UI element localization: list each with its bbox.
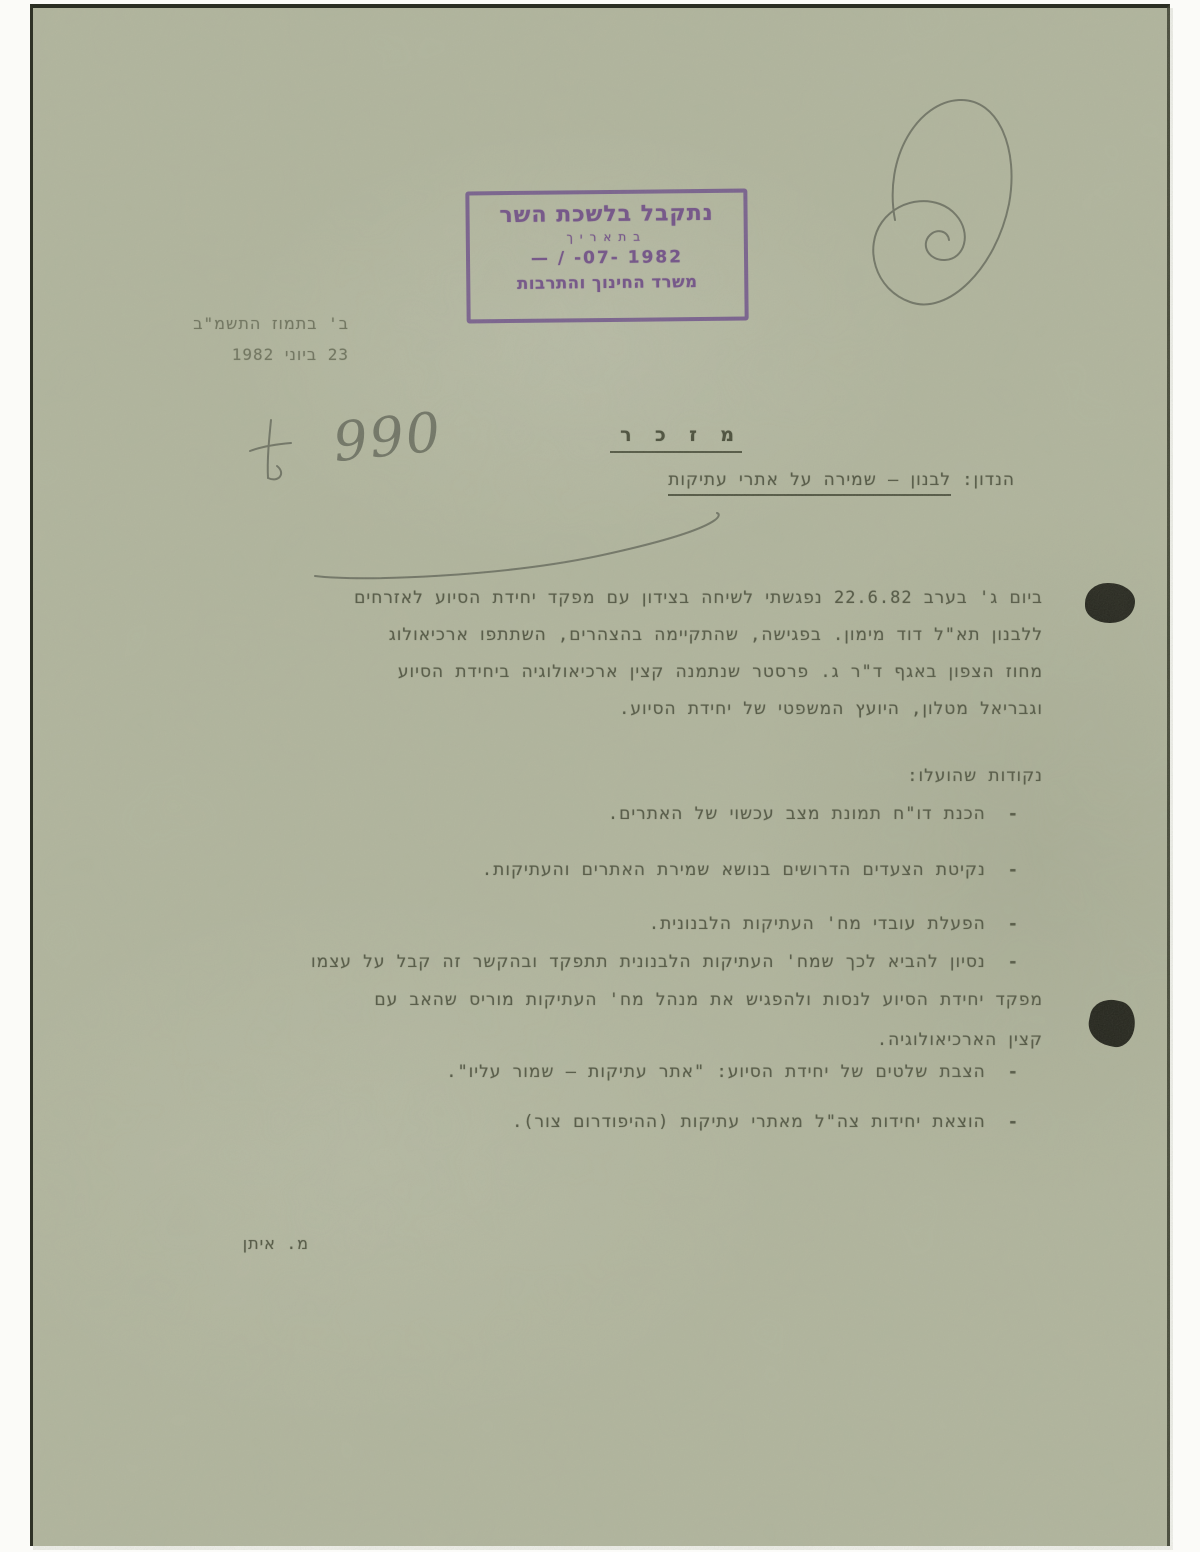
stamp-ministry-line: משרד החינוך והתרבות — [470, 272, 744, 294]
subject-label: הנדון: — [962, 470, 1015, 490]
pen-swoosh — [315, 513, 719, 578]
bullet-text: הצבת שלטים של יחידת הסיוע: "אתר עתיקות –… — [446, 1062, 986, 1082]
pen-plus-mark — [268, 420, 271, 478]
bullet-dash: - — [1008, 952, 1019, 972]
pen-doodle — [873, 100, 1011, 304]
paragraph-line: ללבנון תא"ל דוד מימון. בפגישה, שהתקיימה … — [354, 617, 1043, 654]
paragraph-line: וגבריאל מטלון, היועץ המשפטי של יחידת הסי… — [354, 691, 1043, 728]
bullet-text: נקיטת הצעדים הדרושים בנושא שמירת האתרים … — [482, 860, 986, 880]
stamp-date-label: בתאריך — [470, 229, 744, 246]
bullet-item: -הפעלת עובדי מח' העתיקות הלבנונית. — [649, 914, 1019, 934]
scanned-page: נתקבל בלשכת השר בתאריך — / -07- 1982 משר… — [30, 4, 1170, 1546]
memo-title-wrap: מ ז כ ר — [610, 424, 742, 446]
bullet-item: -הצבת שלטים של יחידת הסיוע: "אתר עתיקות … — [446, 1062, 1019, 1082]
pen-plus-mark — [250, 443, 291, 451]
opening-paragraph: ביום ג' בערב 22.6.82 נפגשתי לשיחה בצידון… — [354, 580, 1043, 728]
bullet-continuation-line: קצין הארכיאולוגיה. — [877, 1030, 1043, 1050]
subject-line: הנדון: לבנון – שמירה על אתרי עתיקות — [668, 470, 1015, 490]
date-block: ב' בתמוז התשמ"ב 23 ביוני 1982 — [193, 308, 349, 370]
gregorian-date: 23 ביוני 1982 — [193, 339, 349, 370]
paragraph-line: מחוז הצפון באגף ד"ר ג. פרסטר שנתמנה קצין… — [354, 654, 1043, 691]
bullet-item: -נסיון להביא לכך שמח' העתיקות הלבנונית ת… — [311, 952, 1019, 972]
bullet-text: הכנת דו"ח תמונת מצב עכשוי של האתרים. — [608, 804, 986, 824]
bullet-dash: - — [1008, 804, 1019, 824]
hole-punch-mark — [1085, 583, 1135, 623]
bullet-dash: - — [1008, 1062, 1019, 1082]
points-heading: נקודות שהועלו: — [907, 766, 1043, 786]
bullet-item: -הכנת דו"ח תמונת מצב עכשוי של האתרים. — [608, 804, 1019, 824]
bullet-dash: - — [1008, 914, 1019, 934]
handwritten-number: 990 — [330, 397, 476, 474]
bullet-dash: - — [1008, 1112, 1019, 1132]
hole-punch-mark — [1085, 996, 1140, 1051]
bullet-text: הוצאת יחידות צה"ל מאתרי עתיקות (ההיפודרו… — [512, 1112, 986, 1132]
paragraph-line: ביום ג' בערב 22.6.82 נפגשתי לשיחה בצידון… — [354, 580, 1043, 617]
memo-title: מ ז כ ר — [610, 424, 742, 453]
stamp-date-value: — / -07- 1982 — [470, 247, 744, 270]
bullet-text: הפעלת עובדי מח' העתיקות הלבנונית. — [649, 914, 986, 934]
bullet-item: -נקיטת הצעדים הדרושים בנושא שמירת האתרים… — [482, 860, 1019, 880]
received-stamp: נתקבל בלשכת השר בתאריך — / -07- 1982 משר… — [465, 189, 748, 324]
hebrew-date: ב' בתמוז התשמ"ב — [193, 308, 349, 339]
subject-text: לבנון – שמירה על אתרי עתיקות — [668, 470, 951, 496]
bullet-text: נסיון להביא לכך שמח' העתיקות הלבנונית תת… — [311, 952, 986, 972]
bullet-dash: - — [1008, 860, 1019, 880]
pen-plus-mark — [268, 466, 281, 479]
signature: מ. איתן — [243, 1234, 309, 1253]
bullet-item: -הוצאת יחידות צה"ל מאתרי עתיקות (ההיפודר… — [512, 1112, 1019, 1132]
bullet-continuation-line: מפקד יחידת הסיוע לנסות ולהפגיש את מנהל מ… — [374, 990, 1043, 1010]
stamp-office-line: נתקבל בלשכת השר — [469, 201, 743, 229]
